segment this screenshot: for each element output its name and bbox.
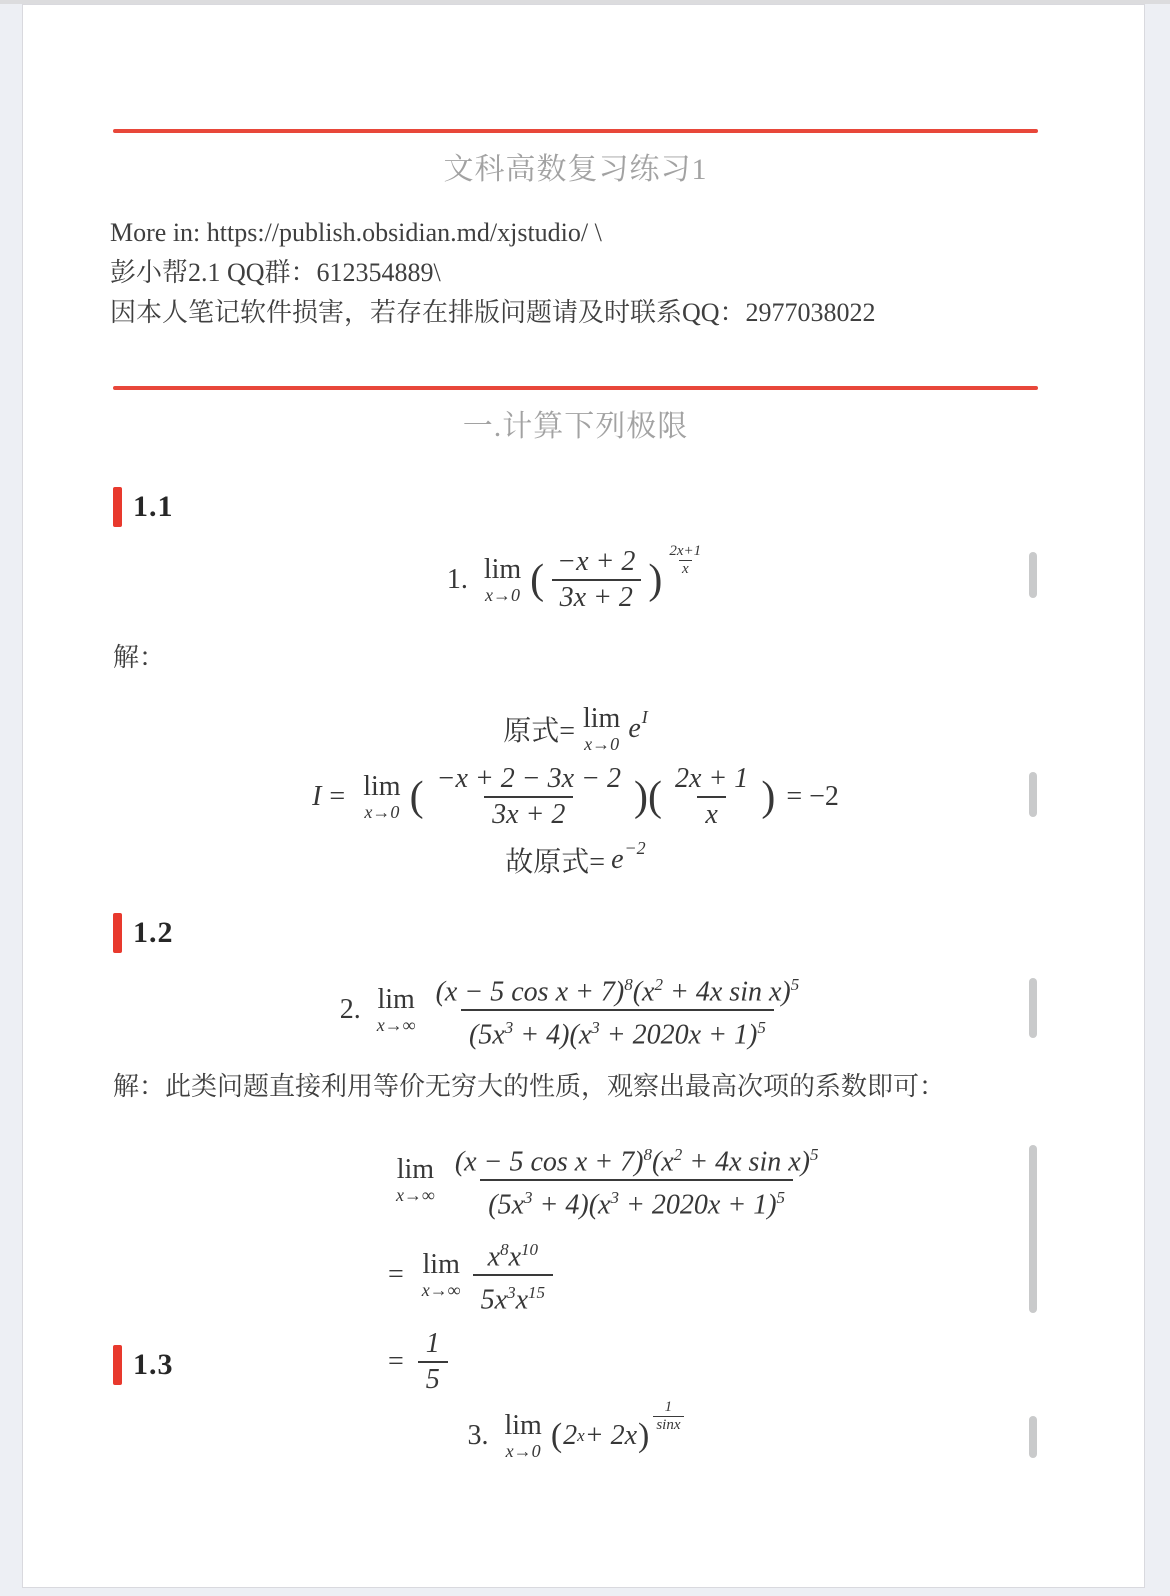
base-term: 2 (563, 1420, 577, 1452)
heading-1-1: 1.1 (113, 487, 174, 527)
right-paren: ) (638, 1419, 649, 1453)
limit-operator: lim x→∞ (377, 986, 416, 1034)
derivation-block: lim x→∞ (x − 5 cos x + 7)8(x2 + 4x sin x… (388, 1138, 830, 1397)
derivation-line-2: = lim x→∞ x8x10 5x3x15 (388, 1233, 557, 1318)
equals-sign: = (388, 1346, 404, 1378)
info-line-more: More in: https://publish.obsidian.md/xjs… (110, 220, 1040, 246)
fraction: −x + 2 3x + 2 (549, 545, 643, 615)
scroll-indicator[interactable] (1029, 1145, 1037, 1313)
formula-original-expression: 原式= lim x→0 e I (113, 705, 1038, 753)
fraction: −x + 2 − 3x − 2 3x + 2 (429, 762, 629, 832)
formula-2-number: 2. (340, 994, 361, 1026)
plus-term: + 2x (585, 1420, 637, 1452)
formula-1: 1. lim x→0 ( −x + 2 3x + 2 ) 2x+1 x (113, 545, 1038, 615)
exponent-fraction: 1 sinx (653, 1399, 683, 1434)
info-line-contact: 因本人笔记软件损害，若存在排版问题请及时联系QQ：2977038022 (110, 300, 1040, 326)
equals-sign: = (388, 1259, 404, 1291)
limit-operator: lim x→∞ (396, 1156, 435, 1204)
result-value: = −2 (786, 781, 839, 813)
exponent: −2 (625, 838, 646, 859)
limit-operator: lim x→0 (504, 1412, 541, 1460)
solution-label-1-1: 解： (113, 637, 1043, 674)
heading-accent-bar (113, 1345, 122, 1385)
heading-accent-bar (113, 487, 122, 527)
formula-1-number: 1. (447, 564, 468, 596)
middle-parens: )( (634, 776, 662, 818)
euler-base: e (628, 713, 640, 745)
section-title: 一.计算下列极限 (113, 401, 1038, 445)
heading-1-3-label: 1.3 (133, 1348, 174, 1382)
document-title: 文科高数复习练习1 (113, 144, 1038, 188)
formula-conclusion: 故原式= e −2 (113, 840, 1038, 880)
limit-operator: lim x→0 (363, 773, 400, 821)
heading-1-3: 1.3 (113, 1345, 174, 1385)
scroll-indicator[interactable] (1029, 978, 1037, 1038)
info-line-qq-group: 彭小帮2.1 QQ群：612354889\ (110, 260, 1040, 286)
heading-accent-bar (113, 913, 122, 953)
fraction: 1 5 (418, 1327, 448, 1397)
heading-1-2-label: 1.2 (133, 916, 174, 950)
solution-label-1-2: 解：此类问题直接利用等价无穷大的性质，观察出最高次项的系数即可： (113, 1066, 1043, 1103)
scroll-indicator[interactable] (1029, 1416, 1037, 1458)
exponent-x: x (577, 1426, 585, 1446)
variable-I: I (312, 781, 321, 813)
heading-1-2: 1.2 (113, 913, 174, 953)
info-block: More in: https://publish.obsidian.md/xjs… (110, 220, 1040, 340)
exponent-fraction: 2x+1 x (666, 543, 704, 578)
heading-1-1-label: 1.1 (133, 490, 174, 524)
euler-base: e (611, 844, 623, 876)
scroll-indicator[interactable] (1029, 772, 1037, 817)
top-divider (113, 129, 1038, 133)
left-paren: ( (410, 776, 424, 818)
equals-sign: = (329, 781, 345, 813)
formula-2: 2. lim x→∞ (x − 5 cos x + 7)8(x2 + 4x si… (113, 968, 1038, 1053)
scroll-indicator[interactable] (1029, 552, 1037, 598)
left-paren: ( (530, 559, 544, 601)
lead-text: 故原式= (505, 840, 605, 880)
fraction: 2x + 1 x (667, 762, 756, 832)
fraction: (x − 5 cos x + 7)8(x2 + 4x sin x)5 (5x3 … (447, 1138, 827, 1223)
derivation-line-3: = 1 5 (388, 1327, 452, 1397)
exponent: I (642, 707, 648, 728)
limit-operator: lim x→0 (583, 705, 620, 753)
fraction: x8x10 5x3x15 (473, 1233, 553, 1318)
left-paren: ( (551, 1419, 562, 1453)
right-paren: ) (761, 776, 775, 818)
limit-operator: lim x→0 (484, 556, 521, 604)
fraction: (x − 5 cos x + 7)8(x2 + 4x sin x)5 (5x3 … (428, 968, 808, 1053)
lead-text: 原式= (503, 709, 575, 749)
limit-operator: lim x→∞ (422, 1251, 461, 1299)
derivation-line-1: lim x→∞ (x − 5 cos x + 7)8(x2 + 4x sin x… (388, 1138, 830, 1223)
right-paren: ) (648, 559, 662, 601)
formula-3: 3. lim x→0 ( 2x + 2x ) 1 sinx (113, 1412, 1038, 1460)
formula-I-evaluation: I = lim x→0 ( −x + 2 − 3x − 2 3x + 2 )( … (113, 762, 1038, 832)
formula-3-number: 3. (467, 1420, 488, 1452)
section-divider (113, 386, 1038, 390)
